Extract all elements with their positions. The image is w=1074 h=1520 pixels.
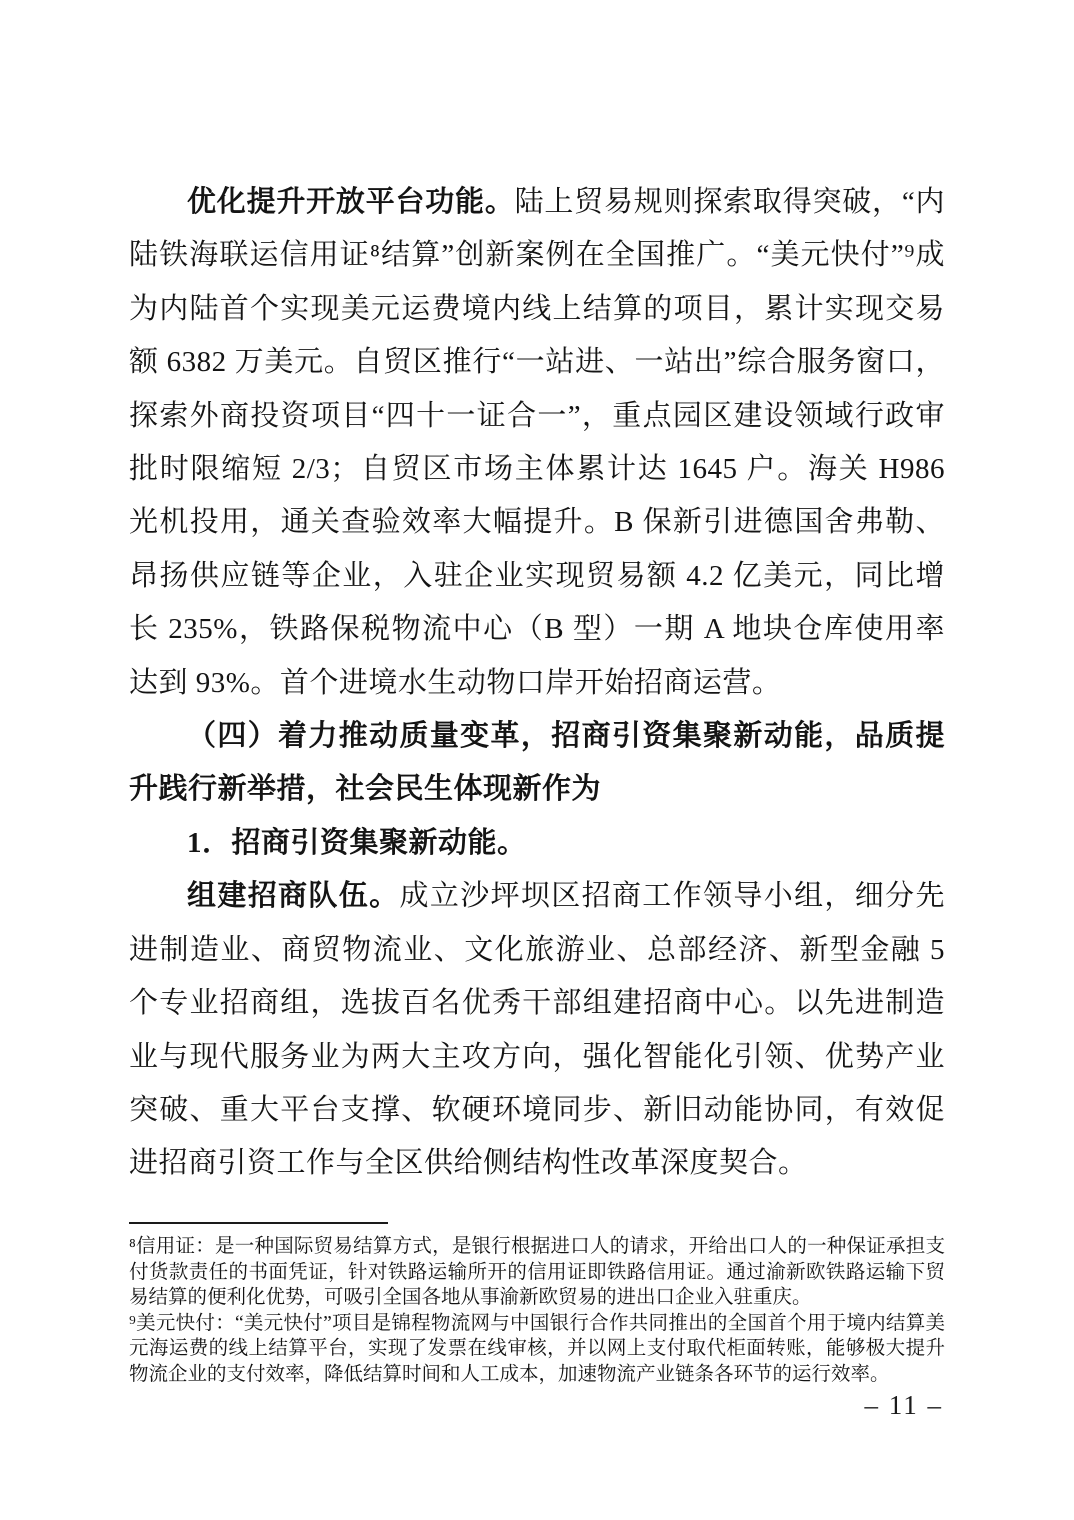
body-paragraph-recruit-team: 组建招商队伍。成立沙坪坝区招商工作领导小组，细分先进制造业、商贸物流业、文化旅游… xyxy=(129,870,945,1190)
paragraph-lead: 优化提升开放平台功能。 xyxy=(187,186,515,218)
paragraph-lead: 组建招商队伍。 xyxy=(187,880,399,912)
page-number: – 11 – xyxy=(865,1390,944,1421)
footnote-area: ⁸信用证：是一种国际贸易结算方式，是银行根据进口人的请求，开给出口人的一种保证承… xyxy=(129,1222,945,1387)
document-page: 优化提升开放平台功能。陆上贸易规则探索取得突破，“内陆铁海联运信用证⁸结算”创新… xyxy=(0,0,1074,1520)
footnote-9: ⁹美元快付：“美元快付”项目是锦程物流网与中国银行合作共同推出的全国首个用于境内… xyxy=(129,1311,945,1388)
numbered-heading-1: 1．招商引资集聚新动能。 xyxy=(129,817,945,870)
section-heading-four: （四）着力推动质量变革，招商引资集聚新动能，品质提升践行新举措，社会民生体现新作… xyxy=(129,710,945,817)
body-paragraph-open-platform: 优化提升开放平台功能。陆上贸易规则探索取得突破，“内陆铁海联运信用证⁸结算”创新… xyxy=(129,176,945,710)
paragraph-text: 陆上贸易规则探索取得突破，“内陆铁海联运信用证⁸结算”创新案例在全国推广。“美元… xyxy=(129,186,945,699)
paragraph-text: 成立沙坪坝区招商工作领导小组，细分先进制造业、商贸物流业、文化旅游业、总部经济、… xyxy=(129,880,945,1179)
footnote-8: ⁸信用证：是一种国际贸易结算方式，是银行根据进口人的请求，开给出口人的一种保证承… xyxy=(129,1234,945,1311)
document-body: 优化提升开放平台功能。陆上贸易规则探索取得突破，“内陆铁海联运信用证⁸结算”创新… xyxy=(129,176,945,1191)
footnote-separator xyxy=(129,1222,388,1224)
